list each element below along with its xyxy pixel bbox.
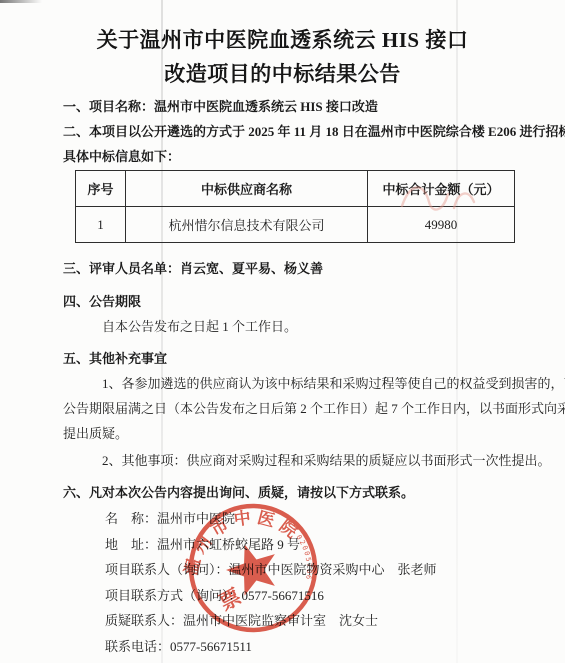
section4-heading: 四、公告期限 [63,291,141,310]
announcement-page: 关于温州市中医院血透系统云 HIS 接口 改造项目的中标结果公告 一、项目名称：… [0,0,565,663]
contact-query-person-line: 质疑联系人：温州市中医院监察审计室 沈女士 [105,608,437,634]
table-header-row: 序号 中标供应商名称 中标合计金额（元） [76,171,515,207]
section5-item1-line2: 公告期限届满之日（本公告发布之日后第 2 个工作日）起 7 个工作日内，以书面形… [63,398,565,417]
scan-corner-mark [0,0,42,3]
contact-address-line: 地 址：温州市六虹桥蛟尾路 9 号 [105,532,437,558]
contact-name-line: 名 称：温州市中医院 [105,506,437,532]
contact-project-phone-line: 项目联系方式（询问）：0577-56671516 [105,583,437,609]
header-supplier-name: 中标供应商名称 [126,171,368,207]
document-title-line1: 关于温州市中医院血透系统云 HIS 接口 [0,23,565,57]
section2-procurement-line1: 二、本项目以公开遴选的方式于 2025 年 11 月 18 日在温州市中医院综合… [63,121,565,140]
document-title-line2: 改造项目的中标结果公告 [0,57,565,91]
document-title: 关于温州市中医院血透系统云 HIS 接口 改造项目的中标结果公告 [0,23,565,91]
bid-result-table: 序号 中标供应商名称 中标合计金额（元） 1 杭州惜尔信息技术有限公司 4998… [75,170,515,243]
contact-block: 名 称：温州市中医院 地 址：温州市六虹桥蛟尾路 9 号 项目联系人（询问）：温… [105,506,437,660]
section2-procurement-line2: 具体中标信息如下： [63,146,180,165]
section5-item2: 2、其他事项：供应商对采购过程和采购结果的质疑应以书面形式一次性提出。 [102,450,551,469]
contact-phone-line: 联系电话：0577-56671511 [105,634,437,660]
table-row: 1 杭州惜尔信息技术有限公司 49980 [76,207,515,243]
section4-body: 自本公告发布之日起 1 个工作日。 [102,316,297,335]
contact-project-person-line: 项目联系人（询问）：温州市中医院物资采购中心 张老师 [105,557,437,583]
scan-crease [456,0,458,663]
header-序号: 序号 [76,171,126,207]
section3-reviewers: 三、评审人员名单：肖云宽、夏平易、杨义善 [63,258,323,277]
section5-item1-line1: 1、各参加遴选的供应商认为该中标结果和采购过程等使自己的权益受到损害的，可以自本 [102,373,565,392]
section1-project-name: 一、项目名称：温州市中医院血透系统云 HIS 接口改造 [63,96,378,115]
cell-supplier-name: 杭州惜尔信息技术有限公司 [126,207,368,243]
cell-row-number: 1 [76,207,126,243]
header-total-amount: 中标合计金额（元） [368,171,515,207]
section5-heading: 五、其他补充事宜 [63,348,167,367]
cell-total-amount: 49980 [368,207,515,243]
section5-item1-line3: 提出质疑。 [63,423,128,442]
section6-heading: 六、凡对本次公告内容提出询问、质疑，请按以下方式联系。 [63,482,414,501]
